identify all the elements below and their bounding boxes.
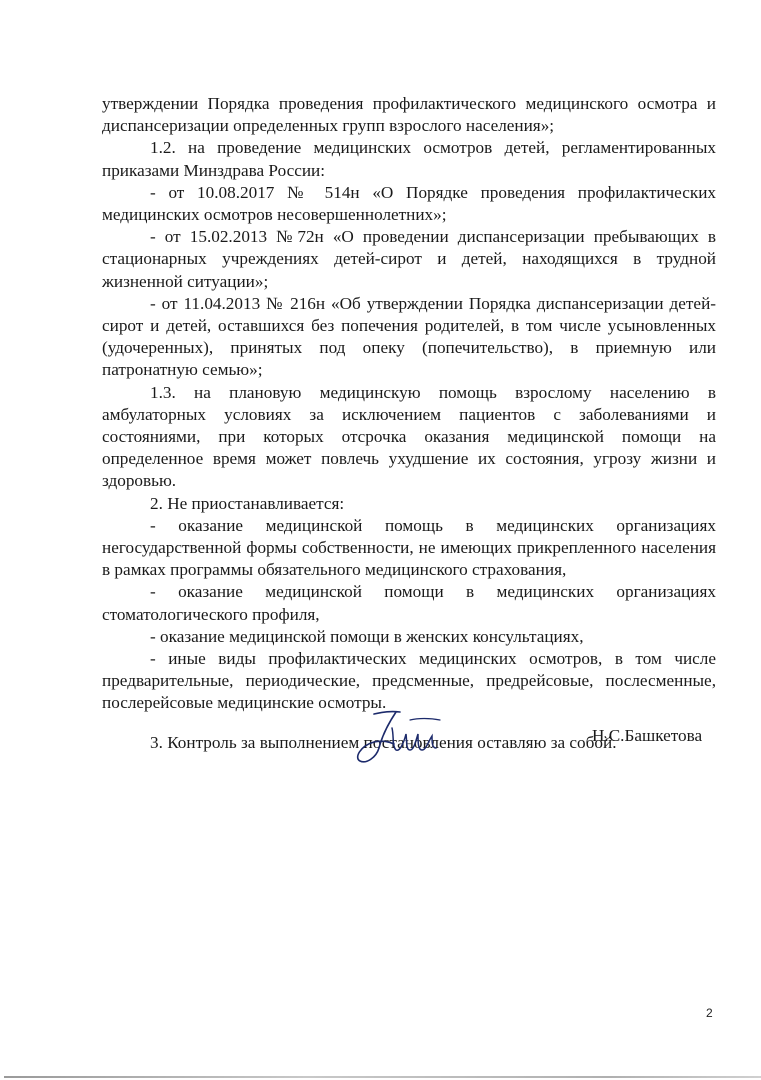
paragraph-2-item-private-orgs: - оказание медицинской помощь в медицинс… — [102, 515, 716, 582]
paragraph-order-216n: - от 11.04.2013 № 216н «Об утверждении П… — [102, 293, 716, 382]
document-body: утверждении Порядка проведения профилакт… — [102, 93, 716, 754]
paragraph-2-item-other-checkups: - иные виды профилактических медицинских… — [102, 648, 716, 715]
signer-name: Н.С.Башкетова — [592, 726, 702, 746]
document-page: утверждении Порядка проведения профилакт… — [0, 0, 761, 1080]
paragraph-decree-continuation: утверждении Порядка проведения профилакт… — [102, 93, 716, 137]
paragraph-order-72n: - от 15.02.2013 №72н «О проведении диспа… — [102, 226, 716, 293]
paragraph-2-heading: 2. Не приостанавливается: — [102, 493, 716, 515]
paragraph-1-3: 1.3. на плановую медицинскую помощь взро… — [102, 382, 716, 493]
page-number: 2 — [706, 1006, 713, 1020]
page-bottom-edge — [4, 1076, 761, 1078]
paragraph-1-2: 1.2. на проведение медицинских осмотров … — [102, 137, 716, 181]
signature-block: Н.С.Башкетова — [0, 706, 761, 776]
paragraph-order-514n: - от 10.08.2017 № 514н «О Порядке провед… — [102, 182, 716, 226]
handwritten-signature-icon — [352, 706, 462, 768]
paragraph-2-item-womens-clinics: - оказание медицинской помощи в женских … — [102, 626, 716, 648]
paragraph-2-item-dental: - оказание медицинской помощи в медицинс… — [102, 581, 716, 625]
